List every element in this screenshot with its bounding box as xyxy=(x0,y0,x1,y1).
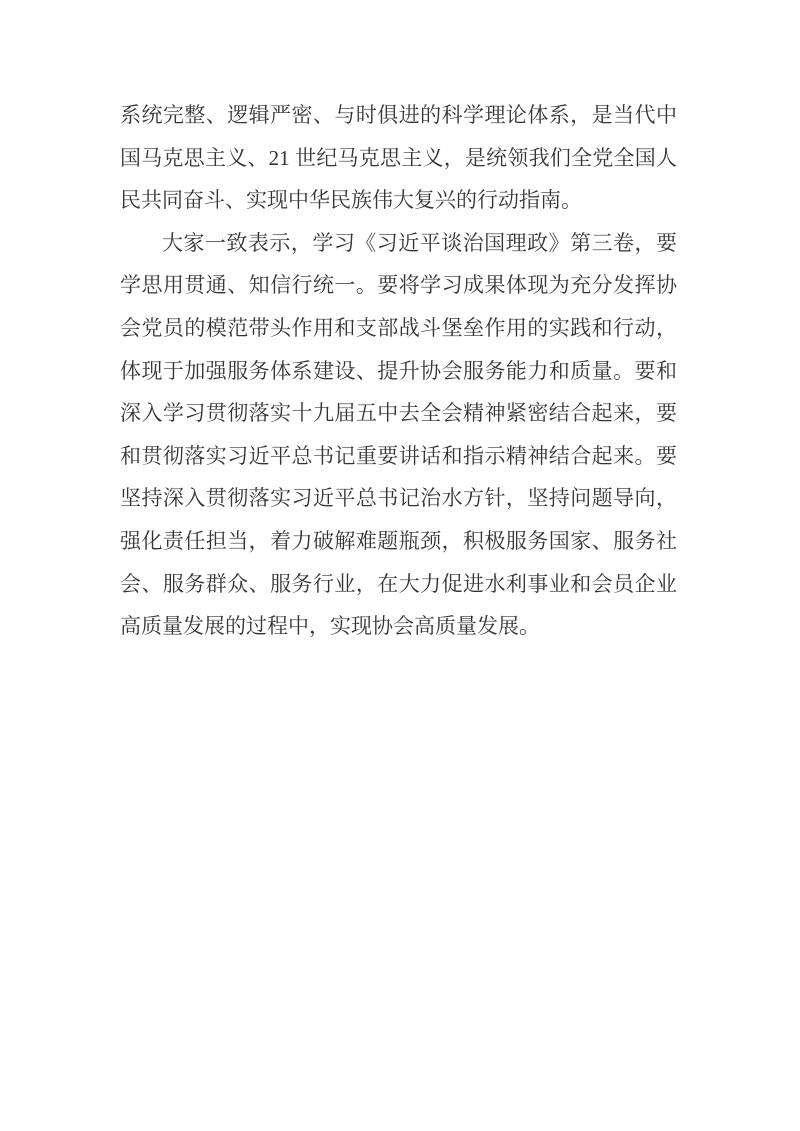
text-line: 高质量发展的过程中，实现协会高质量发展。 xyxy=(120,605,677,648)
text-line: 强化责任担当，着力破解难题瓶颈，积极服务国家、服务社 xyxy=(120,520,677,563)
text-line: 系统完整、逻辑严密、与时俱进的科学理论体系，是当代中 xyxy=(120,94,677,137)
text-line: 会、服务群众、服务行业，在大力促进水利事业和会员企业 xyxy=(120,563,677,606)
document-body: 系统完整、逻辑严密、与时俱进的科学理论体系，是当代中国马克思主义、21 世纪马克… xyxy=(120,94,677,648)
text-line: 学思用贯通、知信行统一。要将学习成果体现为充分发挥协 xyxy=(120,264,677,307)
text-line: 大家一致表示，学习《习近平谈治国理政》第三卷，要 xyxy=(120,222,677,265)
text-line: 会党员的模范带头作用和支部战斗堡垒作用的实践和行动， xyxy=(120,307,677,350)
text-line: 民共同奋斗、实现中华民族伟大复兴的行动指南。 xyxy=(120,179,677,222)
text-line: 和贯彻落实习近平总书记重要讲话和指示精神结合起来。要 xyxy=(120,435,677,478)
paragraph: 大家一致表示，学习《习近平谈治国理政》第三卷，要学思用贯通、知信行统一。要将学习… xyxy=(120,222,677,648)
text-line: 深入学习贯彻落实十九届五中去全会精神紧密结合起来，要 xyxy=(120,392,677,435)
text-line: 国马克思主义、21 世纪马克思主义，是统领我们全党全国人 xyxy=(120,137,677,180)
paragraph: 系统完整、逻辑严密、与时俱进的科学理论体系，是当代中国马克思主义、21 世纪马克… xyxy=(120,94,677,222)
text-line: 体现于加强服务体系建设、提升协会服务能力和质量。要和 xyxy=(120,350,677,393)
text-line: 坚持深入贯彻落实习近平总书记治水方针，坚持问题导向， xyxy=(120,477,677,520)
document-page: 系统完整、逻辑严密、与时俱进的科学理论体系，是当代中国马克思主义、21 世纪马克… xyxy=(0,0,800,1131)
